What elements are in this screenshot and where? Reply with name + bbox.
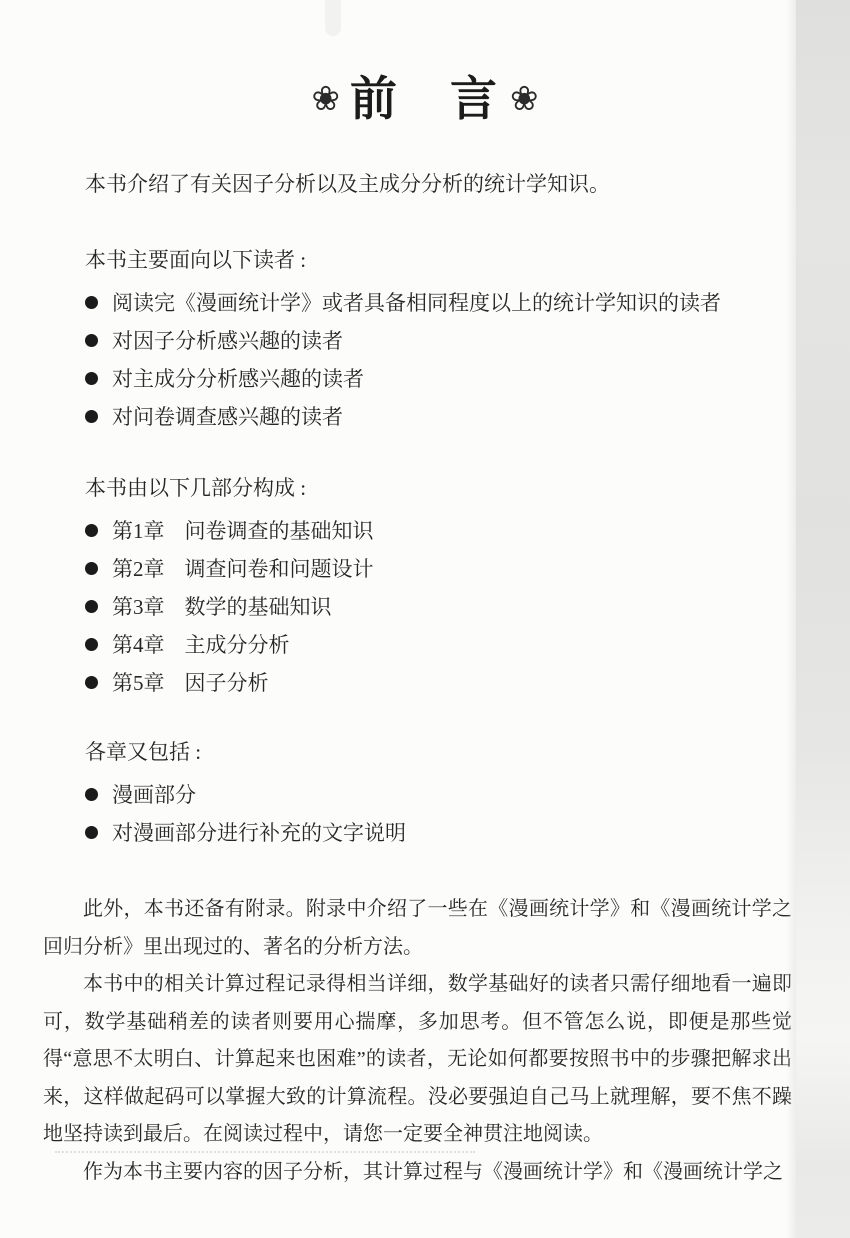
list-item-text: 对问卷调查感兴趣的读者 bbox=[112, 405, 343, 429]
bullet-icon bbox=[85, 524, 98, 537]
scan-smudge bbox=[325, 0, 341, 36]
scan-gutter-shadow bbox=[796, 0, 850, 1238]
components-list: 漫画部分 对漫画部分进行补充的文字说明 bbox=[85, 783, 780, 845]
list-item: 对主成分分析感兴趣的读者 bbox=[85, 367, 780, 391]
chapter-title: 因子分析 bbox=[185, 671, 269, 695]
chapter-list-item: 第2章调查问卷和问题设计 bbox=[85, 557, 780, 581]
structure-heading: 本书由以下几部分构成 : bbox=[85, 475, 780, 501]
chapter-label: 第4章 bbox=[112, 633, 165, 657]
chapter-title: 主成分分析 bbox=[185, 633, 290, 657]
paragraph: 此外，本书还备有附录。附录中介绍了一些在《漫画统计学》和《漫画统计学之回归分析》… bbox=[43, 891, 792, 966]
book-preface-page: ❀前 言❀ 本书介绍了有关因子分析以及主成分分析的统计学知识。 本书主要面向以下… bbox=[0, 0, 850, 1238]
chapter-label: 第2章 bbox=[112, 557, 165, 581]
readers-list: 阅读完《漫画统计学》或者具备相同程度以上的统计学知识的读者 对因子分析感兴趣的读… bbox=[85, 291, 780, 429]
page-title: ❀前 言❀ bbox=[0, 0, 850, 129]
list-item: 对漫画部分进行补充的文字说明 bbox=[85, 821, 780, 845]
bullet-icon bbox=[85, 676, 98, 689]
bullet-icon bbox=[85, 638, 98, 651]
list-item-text: 对主成分分析感兴趣的读者 bbox=[112, 367, 364, 391]
intro-paragraph: 本书介绍了有关因子分析以及主成分分析的统计学知识。 bbox=[85, 171, 780, 197]
components-heading: 各章又包括 : bbox=[85, 739, 780, 765]
list-item-text: 对漫画部分进行补充的文字说明 bbox=[112, 821, 406, 845]
scan-artifact-line bbox=[55, 1151, 475, 1153]
upper-content: 本书介绍了有关因子分析以及主成分分析的统计学知识。 本书主要面向以下读者 : 阅… bbox=[85, 171, 780, 845]
bullet-icon bbox=[85, 600, 98, 613]
chapter-title: 问卷调查的基础知识 bbox=[185, 519, 374, 543]
bullet-icon bbox=[85, 296, 98, 309]
chapter-title: 数学的基础知识 bbox=[185, 595, 332, 619]
paragraph: 本书中的相关计算过程记录得相当详细，数学基础好的读者只需仔细地看一遍即可，数学基… bbox=[43, 966, 792, 1154]
chapter-list-item: 第5章因子分析 bbox=[85, 671, 780, 695]
list-item: 阅读完《漫画统计学》或者具备相同程度以上的统计学知识的读者 bbox=[85, 291, 780, 315]
list-item: 对因子分析感兴趣的读者 bbox=[85, 329, 780, 353]
paragraph: 作为本书主要内容的因子分析，其计算过程与《漫画统计学》和《漫画统计学之 bbox=[43, 1154, 792, 1192]
chapter-list-item: 第4章主成分分析 bbox=[85, 633, 780, 657]
body-paragraphs: 此外，本书还备有附录。附录中介绍了一些在《漫画统计学》和《漫画统计学之回归分析》… bbox=[43, 891, 792, 1191]
chapter-list-item: 第3章数学的基础知识 bbox=[85, 595, 780, 619]
list-item: 漫画部分 bbox=[85, 783, 780, 807]
bullet-icon bbox=[85, 372, 98, 385]
list-item-text: 漫画部分 bbox=[112, 783, 196, 807]
chapter-list-item: 第1章问卷调查的基础知识 bbox=[85, 519, 780, 543]
chapter-label: 第5章 bbox=[112, 671, 165, 695]
chapter-label: 第3章 bbox=[112, 595, 165, 619]
chapter-title: 调查问卷和问题设计 bbox=[185, 557, 374, 581]
list-item: 对问卷调查感兴趣的读者 bbox=[85, 405, 780, 429]
chapters-list: 第1章问卷调查的基础知识 第2章调查问卷和问题设计 第3章数学的基础知识 第4章… bbox=[85, 519, 780, 695]
bullet-icon bbox=[85, 562, 98, 575]
bullet-icon bbox=[85, 826, 98, 839]
list-item-text: 对因子分析感兴趣的读者 bbox=[112, 329, 343, 353]
bullet-icon bbox=[85, 334, 98, 347]
bullet-icon bbox=[85, 410, 98, 423]
flower-ornament-icon: ❀ bbox=[510, 81, 539, 118]
page-title-text: 前 言 bbox=[350, 72, 500, 125]
readers-heading: 本书主要面向以下读者 : bbox=[85, 247, 780, 273]
flower-ornament-icon: ❀ bbox=[312, 81, 341, 118]
chapter-label: 第1章 bbox=[112, 519, 165, 543]
list-item-text: 阅读完《漫画统计学》或者具备相同程度以上的统计学知识的读者 bbox=[112, 291, 721, 315]
bullet-icon bbox=[85, 788, 98, 801]
